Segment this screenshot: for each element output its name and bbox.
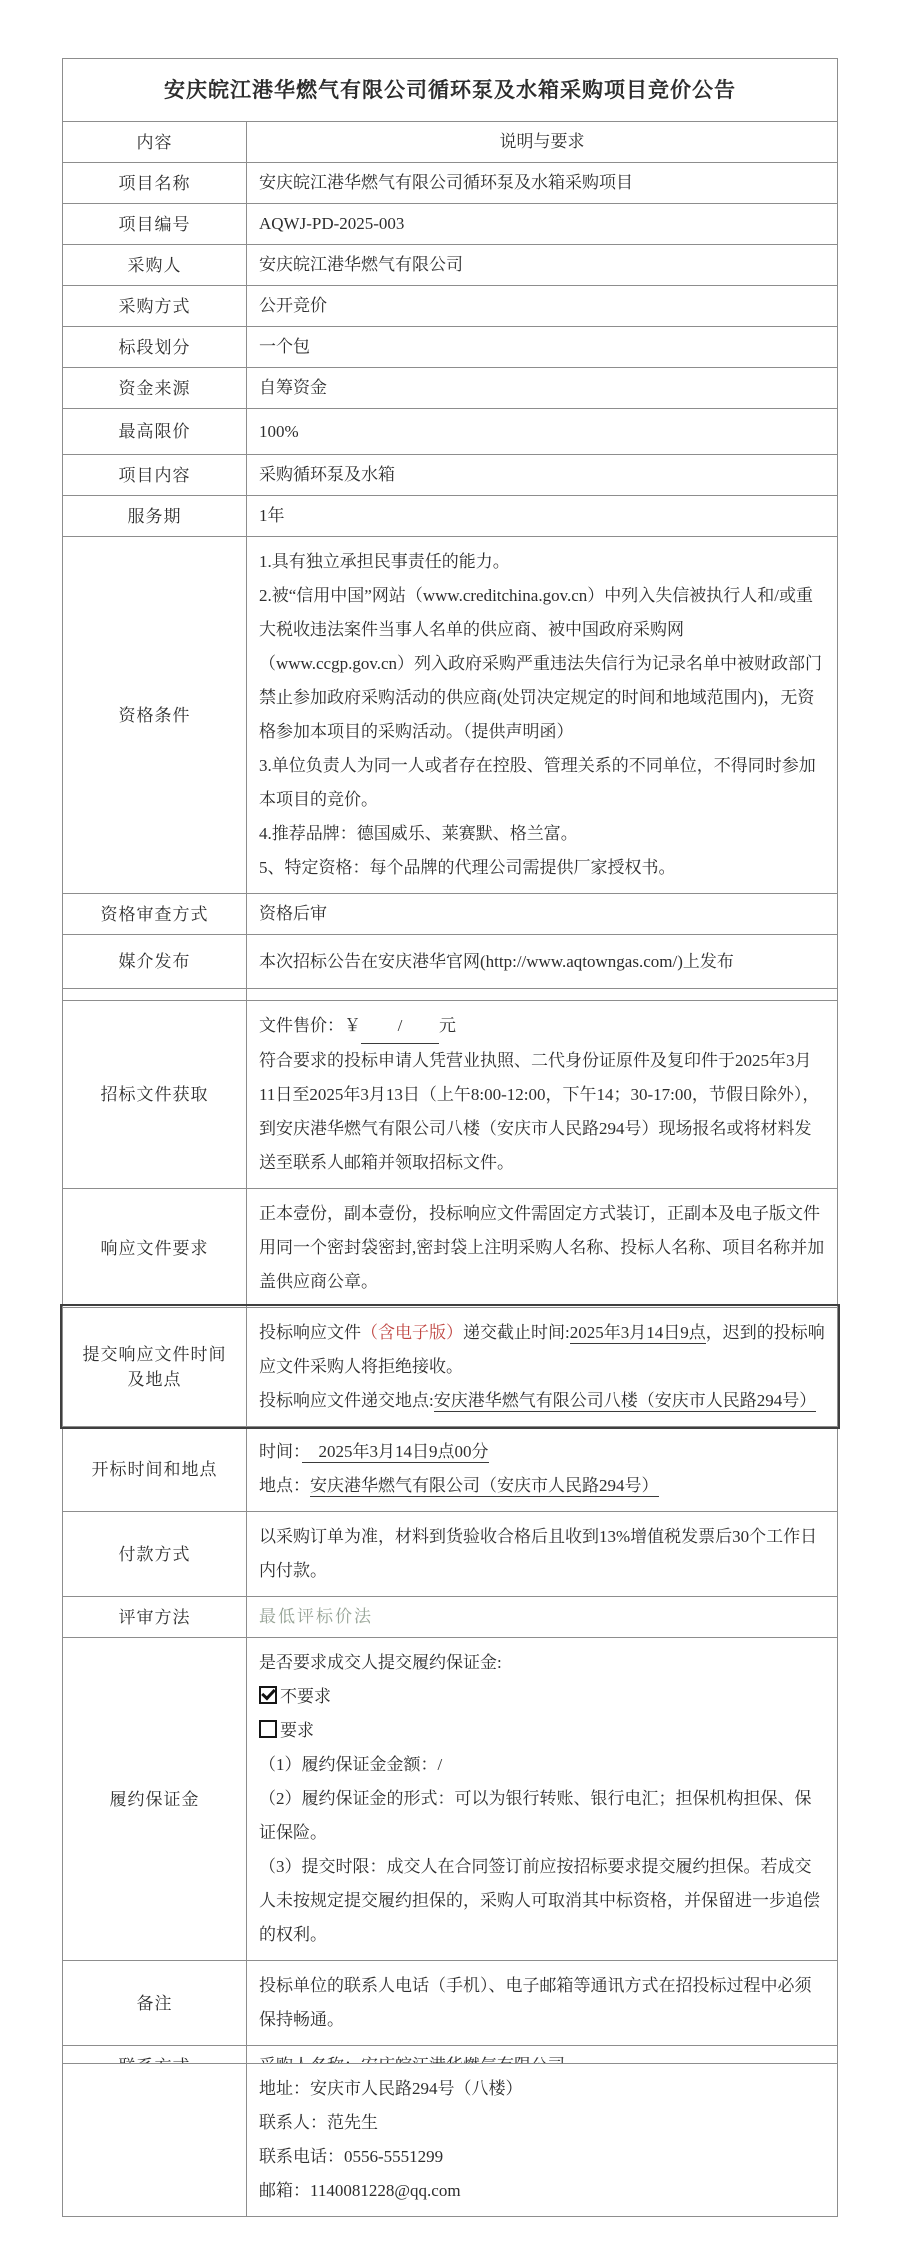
row-label: 招标文件获取 bbox=[63, 1001, 247, 1188]
page-title: 安庆皖江港华燃气有限公司循环泵及水箱采购项目竞价公告 bbox=[63, 67, 837, 113]
row-label: 资格条件 bbox=[63, 537, 247, 893]
row-value: 安庆皖江港华燃气有限公司 bbox=[247, 245, 837, 285]
row-remark: 备注 投标单位的联系人电话（手机）、电子邮箱等通讯方式在招投标过程中必须保持畅通… bbox=[63, 1960, 837, 2045]
contact-address-line: 地址：安庆市人民路294号（八楼） bbox=[259, 2072, 825, 2106]
empty-label-cell bbox=[63, 2064, 247, 2216]
header-content-label: 内容 bbox=[63, 122, 247, 162]
row-label: 媒介发布 bbox=[63, 935, 247, 988]
row-label: 采购人 bbox=[63, 245, 247, 285]
row-value: 文件售价：￥/元 符合要求的投标申请人凭营业执照、二代身份证原件及复印件于202… bbox=[247, 1001, 837, 1188]
announcement-page: { "colors": { "border_gray": "#8d8d8d", … bbox=[0, 0, 900, 2265]
row-value: 安庆皖江港华燃气有限公司循环泵及水箱采购项目 bbox=[247, 163, 837, 203]
row-value: 100% bbox=[247, 409, 837, 454]
bond-question: 是否要求成交人提交履约保证金: bbox=[259, 1646, 825, 1680]
row-value: 投标响应文件（含电子版）递交截止时间:2025年3月14日9点，迟到的投标响应文… bbox=[247, 1308, 837, 1426]
place-underlined: 安庆港华燃气有限公司八楼（安庆市人民路294号） bbox=[434, 1391, 817, 1412]
contact-info-table: 地址：安庆市人民路294号（八楼） 联系人：范先生 联系电话：0556-5551… bbox=[62, 2063, 838, 2217]
row-label: 备注 bbox=[63, 1961, 247, 2045]
review-method-value: 最低评标价法 bbox=[247, 1597, 837, 1637]
qualification-item: 2.被“信用中国”网站（www.creditchina.gov.cn）中列入失信… bbox=[259, 579, 825, 749]
title-row: 安庆皖江港华燃气有限公司循环泵及水箱采购项目竞价公告 bbox=[63, 59, 837, 121]
qualification-item: 1.具有独立承担民事责任的能力。 bbox=[259, 545, 825, 579]
row-value: 资格后审 bbox=[247, 894, 837, 934]
contact-email-line: 邮箱：1140081228@qq.com bbox=[259, 2174, 825, 2208]
submission-deadline-line: 投标响应文件（含电子版）递交截止时间:2025年3月14日9点，迟到的投标响应文… bbox=[259, 1316, 825, 1384]
row-value: 一个包 bbox=[247, 327, 837, 367]
row-service-period: 服务期 1年 bbox=[63, 495, 837, 536]
row-label: 最高限价 bbox=[63, 409, 247, 454]
row-response-document-requirement: 响应文件要求 正本壹份，副本壹份，投标响应文件需固定方式装订，正副本及电子版文件… bbox=[63, 1188, 837, 1307]
row-funding-source: 资金来源 自筹资金 bbox=[63, 367, 837, 408]
header-requirement-label: 说明与要求 bbox=[247, 122, 837, 162]
document-obtaining-text: 符合要求的投标申请人凭营业执照、二代身份证原件及复印件于2025年3月11日至2… bbox=[259, 1044, 825, 1180]
row-project-number: 项目编号 AQWJ-PD-2025-003 bbox=[63, 203, 837, 244]
row-label: 付款方式 bbox=[63, 1512, 247, 1596]
row-label: 采购方式 bbox=[63, 286, 247, 326]
row-label: 资金来源 bbox=[63, 368, 247, 408]
row-value: 自筹资金 bbox=[247, 368, 837, 408]
contact-details-value: 地址：安庆市人民路294号（八楼） 联系人：范先生 联系电话：0556-5551… bbox=[247, 2064, 837, 2216]
row-label: 标段划分 bbox=[63, 327, 247, 367]
row-value: 1年 bbox=[247, 496, 837, 536]
row-value: 采购循环泵及水箱 bbox=[247, 455, 837, 495]
row-value: AQWJ-PD-2025-003 bbox=[247, 204, 837, 244]
row-value: 1.具有独立承担民事责任的能力。 2.被“信用中国”网站（www.creditc… bbox=[247, 537, 837, 893]
row-label: 评审方法 bbox=[63, 1597, 247, 1637]
contact-phone-line: 联系电话：0556-5551299 bbox=[259, 2140, 825, 2174]
row-label: 提交响应文件时间及地点 bbox=[63, 1308, 247, 1426]
row-purchaser: 采购人 安庆皖江港华燃气有限公司 bbox=[63, 244, 837, 285]
bidding-details-table: 招标文件获取 文件售价：￥/元 符合要求的投标申请人凭营业执照、二代身份证原件及… bbox=[62, 1000, 838, 2087]
row-value: 公开竞价 bbox=[247, 286, 837, 326]
row-project-content: 项目内容 采购循环泵及水箱 bbox=[63, 454, 837, 495]
row-value: 投标单位的联系人电话（手机）、电子邮箱等通讯方式在招投标过程中必须保持畅通。 bbox=[247, 1961, 837, 2045]
row-project-name: 项目名称 安庆皖江港华燃气有限公司循环泵及水箱采购项目 bbox=[63, 162, 837, 203]
row-label: 服务期 bbox=[63, 496, 247, 536]
row-review-method: 评审方法 最低评标价法 bbox=[63, 1596, 837, 1637]
bond-item: （2）履约保证金的形式：可以为银行转账、银行电汇；担保机构担保、保证保险。 bbox=[259, 1782, 825, 1850]
row-label: 履约保证金 bbox=[63, 1638, 247, 1960]
deadline-underlined: 2025年3月14日9点 bbox=[570, 1323, 706, 1344]
row-document-obtaining: 招标文件获取 文件售价：￥/元 符合要求的投标申请人凭营业执照、二代身份证原件及… bbox=[63, 1001, 837, 1188]
document-price-line: 文件售价：￥/元 bbox=[259, 1009, 825, 1044]
bond-item: （1）履约保证金金额：/ bbox=[259, 1748, 825, 1782]
row-label: 项目内容 bbox=[63, 455, 247, 495]
checkbox-unchecked-icon bbox=[259, 1720, 277, 1738]
opening-place-line: 地点：安庆港华燃气有限公司（安庆市人民路294号） bbox=[259, 1469, 825, 1503]
row-bid-opening: 开标时间和地点 时间： 2025年3月14日9点00分 地点：安庆港华燃气有限公… bbox=[63, 1426, 837, 1511]
row-media-publication: 媒介发布 本次招标公告在安庆港华官网(http://www.aqtowngas.… bbox=[63, 934, 837, 988]
row-performance-bond: 履约保证金 是否要求成交人提交履约保证金: 不要求 要求 （1）履约保证金金额：… bbox=[63, 1637, 837, 1960]
opening-place-underlined: 安庆港华燃气有限公司（安庆市人民路294号） bbox=[310, 1476, 659, 1497]
row-value: 时间： 2025年3月14日9点00分 地点：安庆港华燃气有限公司（安庆市人民路… bbox=[247, 1427, 837, 1511]
row-value: 以采购订单为准，材料到货验收合格后且收到13%增值税发票后30个工作日内付款。 bbox=[247, 1512, 837, 1596]
bond-item: （3）提交时限：成交人在合同签订前应按招标要求提交履约担保。若成交人未按规定提交… bbox=[259, 1850, 825, 1952]
main-announcement-table: 安庆皖江港华燃气有限公司循环泵及水箱采购项目竞价公告 内容 说明与要求 项目名称… bbox=[62, 58, 838, 1034]
qualification-item: 3.单位负责人为同一人或者存在控股、管理关系的不同单位，不得同时参加本项目的竞价… bbox=[259, 749, 825, 817]
row-payment-method: 付款方式 以采购订单为准，材料到货验收合格后且收到13%增值税发票后30个工作日… bbox=[63, 1511, 837, 1596]
row-label: 开标时间和地点 bbox=[63, 1427, 247, 1511]
row-label: 项目名称 bbox=[63, 163, 247, 203]
opening-time-underlined: 2025年3月14日9点00分 bbox=[302, 1442, 489, 1463]
row-value: 是否要求成交人提交履约保证金: 不要求 要求 （1）履约保证金金额：/ （2）履… bbox=[247, 1638, 837, 1960]
row-price-ceiling: 最高限价 100% bbox=[63, 408, 837, 454]
row-qualification-review: 资格审查方式 资格后审 bbox=[63, 893, 837, 934]
bond-option-not-required: 不要求 bbox=[259, 1680, 825, 1714]
row-qualification: 资格条件 1.具有独立承担民事责任的能力。 2.被“信用中国”网站（www.cr… bbox=[63, 536, 837, 893]
row-value: 本次招标公告在安庆港华官网(http://www.aqtowngas.com/)… bbox=[247, 935, 837, 988]
header-row: 内容 说明与要求 bbox=[63, 121, 837, 162]
row-value: 正本壹份，副本壹份，投标响应文件需固定方式装订，正副本及电子版文件用同一个密封袋… bbox=[247, 1189, 837, 1307]
bond-option-required: 要求 bbox=[259, 1714, 825, 1748]
row-label: 项目编号 bbox=[63, 204, 247, 244]
opening-time-line: 时间： 2025年3月14日9点00分 bbox=[259, 1435, 825, 1469]
row-label: 响应文件要求 bbox=[63, 1189, 247, 1307]
qualification-item: 4.推荐品牌：德国威乐、莱赛默、格兰富。 bbox=[259, 817, 825, 851]
red-note-electronic-copy: （含电子版） bbox=[361, 1323, 463, 1342]
price-blank-field: / bbox=[361, 1009, 439, 1044]
row-lot-division: 标段划分 一个包 bbox=[63, 326, 837, 367]
row-contact-details: 地址：安庆市人民路294号（八楼） 联系人：范先生 联系电话：0556-5551… bbox=[63, 2064, 837, 2216]
submission-place-line: 投标响应文件递交地点:安庆港华燃气有限公司八楼（安庆市人民路294号） bbox=[259, 1384, 825, 1418]
checkbox-checked-icon bbox=[259, 1686, 277, 1704]
qualification-item: 5、特定资格：每个品牌的代理公司需提供厂家授权书。 bbox=[259, 851, 825, 885]
row-label: 资格审查方式 bbox=[63, 894, 247, 934]
contact-person-line: 联系人：范先生 bbox=[259, 2106, 825, 2140]
row-submission-time-place: 提交响应文件时间及地点 投标响应文件（含电子版）递交截止时间:2025年3月14… bbox=[63, 1307, 837, 1426]
row-procurement-method: 采购方式 公开竞价 bbox=[63, 285, 837, 326]
